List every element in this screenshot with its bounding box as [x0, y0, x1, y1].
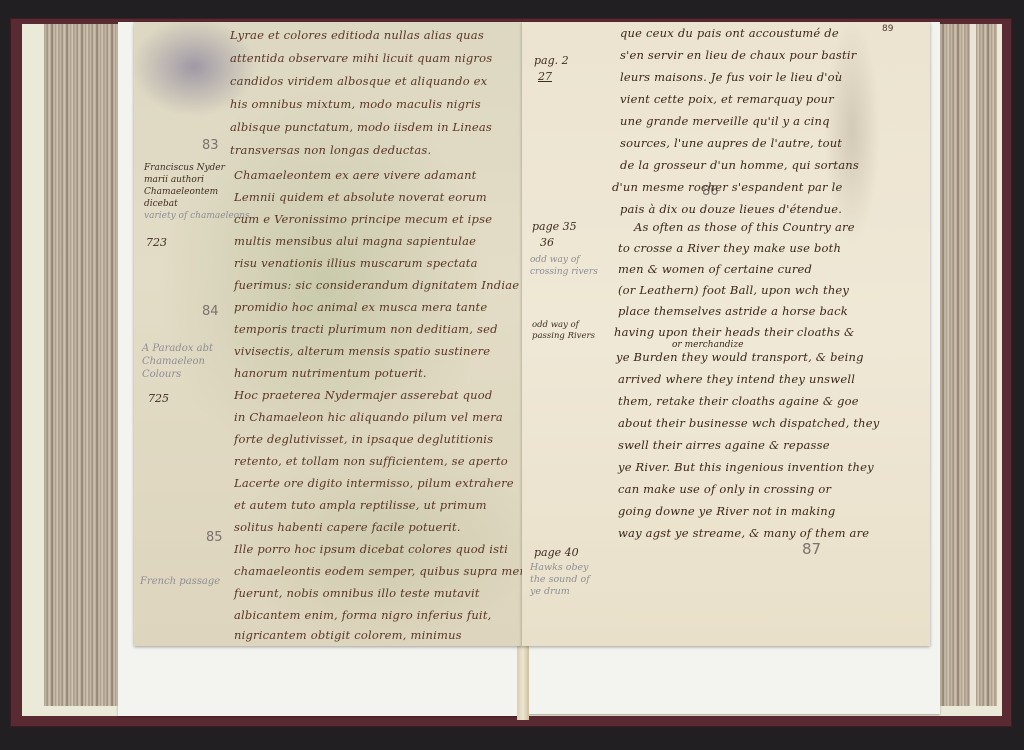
text-line: arrived where they intend they unswell: [618, 372, 855, 386]
text-line: having upon their heads their cloaths &: [614, 325, 854, 339]
text-line: sources, l'une aupres de l'autre, tout: [620, 136, 842, 150]
text-line: nigricantem obtigit colorem, minimus: [234, 628, 462, 642]
text-line: albicantem enim, forma nigro inferius fu…: [234, 608, 492, 622]
text-line: d'un mesme rocher s'espandent par le: [612, 180, 843, 194]
text-line: swell their airres againe & repasse: [618, 438, 830, 452]
text-line: about their businesse wch dispatched, th…: [618, 416, 880, 430]
text-line: fuerunt, nobis omnibus illo teste mutavi…: [234, 586, 480, 600]
interlinear-addition-merchandize: or merchandize: [672, 340, 743, 350]
text-line: to crosse a River they make use both: [618, 241, 841, 255]
text-line: ye Burden they would transport, & being: [616, 350, 864, 364]
margin-note-36: 36: [540, 236, 554, 249]
text-line: can make use of only in crossing or: [618, 482, 831, 496]
margin-note-passing-rivers: odd way of passing Rivers: [532, 320, 602, 342]
text-line: Ille porro hoc ipsum dicebat colores quo…: [234, 542, 508, 556]
text-line: men & women of certaine cured: [618, 262, 812, 276]
left-page-continuation: Ille porro hoc ipsum dicebat colores quo…: [134, 22, 522, 646]
margin-note-pag-2: pag. 2: [534, 54, 569, 67]
text-line: de la grosseur d'un homme, qui sortans: [620, 158, 859, 172]
text-line: leurs maisons. Je fus voir le lieu d'où: [620, 70, 842, 84]
margin-note-page-35: page 35: [532, 220, 577, 233]
text-line: going downe ye River not in making: [618, 504, 835, 518]
margin-note-page-40: page 40: [534, 546, 579, 559]
folio-number-87: 87: [802, 540, 821, 558]
text-line: chamaeleontis eodem semper, quibus supra…: [234, 564, 522, 578]
page-corner-number: 89: [882, 24, 893, 34]
text-line: vient cette poix, et remarquay pour: [620, 92, 834, 106]
pencil-note-hawks-drum: Hawks obey the sound of ye drum: [530, 562, 600, 598]
pencil-note-crossing-rivers: odd way of crossing rivers: [530, 254, 610, 278]
text-line: s'en servir en lieu de chaux pour bastir: [620, 48, 856, 62]
text-line: une grande merveille qu'il y a cinq: [620, 114, 830, 128]
right-manuscript-page: 89 pag. 2 27 page 35 36 odd way of cross…: [522, 22, 930, 646]
right-edges-gap: [970, 24, 976, 706]
text-line: que ceux du pais ont accoustumé de: [620, 26, 839, 40]
text-line: As often as those of this Country are: [634, 220, 855, 234]
text-line: way agst ye streame, & many of them are: [618, 526, 869, 540]
text-line: ye River. But this ingenious invention t…: [618, 460, 874, 474]
text-line: pais à dix ou douze lieues d'étendue.: [620, 202, 842, 216]
right-page-edges: [935, 24, 997, 706]
margin-note-27: 27: [538, 70, 552, 83]
left-page-edges: [44, 24, 118, 706]
text-line: them, retake their cloaths againe & goe: [618, 394, 859, 408]
text-line: (or Leathern) foot Ball, upon wch they: [618, 283, 849, 297]
text-line: place themselves astride a horse back: [618, 304, 848, 318]
